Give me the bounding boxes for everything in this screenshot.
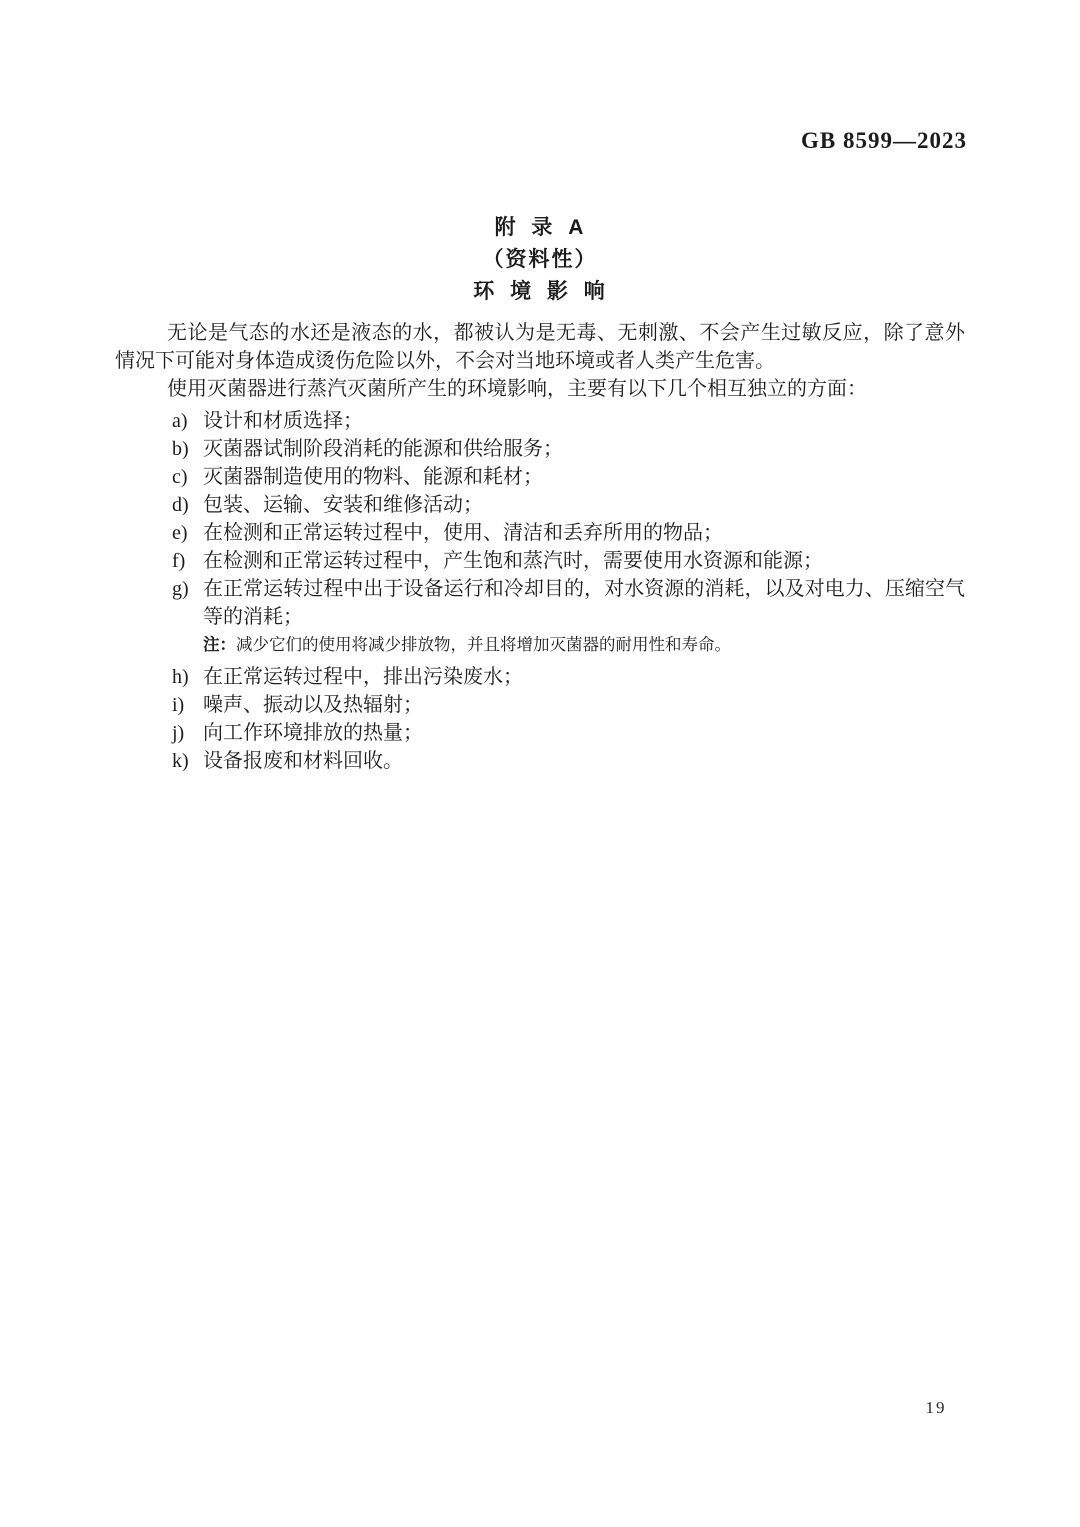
- list-item-label: h): [172, 663, 203, 691]
- appendix-title-block: 附 录 A （资料性） 环 境 影 响: [0, 212, 1080, 308]
- note-label: 注：: [203, 636, 236, 654]
- list-item: e) 在检测和正常运转过程中，使用、清洁和丢弃所用的物品；: [115, 519, 965, 547]
- list-item-label: f): [172, 547, 203, 575]
- list-item-text: 灭菌器制造使用的物料、能源和耗材；: [203, 463, 965, 491]
- list-item-text: 向工作环境排放的热量；: [203, 719, 965, 747]
- intro-paragraph: 无论是气态的水还是液态的水，都被认为是无毒、无刺激、不会产生过敏反应，除了意外情…: [115, 319, 965, 375]
- list-item-text: 设计和材质选择；: [203, 407, 965, 435]
- note: 注：减少它们的使用将减少排放物，并且将增加灭菌器的耐用性和寿命。: [203, 633, 965, 657]
- note-text: 减少它们的使用将减少排放物，并且将增加灭菌器的耐用性和寿命。: [236, 635, 731, 654]
- appendix-heading: 环 境 影 响: [0, 276, 1080, 308]
- list-item-label: j): [172, 719, 203, 747]
- list-item-text: 在检测和正常运转过程中，使用、清洁和丢弃所用的物品；: [203, 519, 965, 547]
- list-item-text: 灭菌器试制阶段消耗的能源和供给服务；: [203, 435, 965, 463]
- list-item: a) 设计和材质选择；: [115, 407, 965, 435]
- list-item: d) 包装、运输、安装和维修活动；: [115, 491, 965, 519]
- list-item: f) 在检测和正常运转过程中，产生饱和蒸汽时，需要使用水资源和能源；: [115, 547, 965, 575]
- list-item-text: 噪声、振动以及热辐射；: [203, 691, 965, 719]
- list-item: i) 噪声、振动以及热辐射；: [115, 691, 965, 719]
- list-item-text: 在正常运转过程中出于设备运行和冷却目的，对水资源的消耗，以及对电力、压缩空气等的…: [203, 575, 965, 631]
- list-item-label: b): [172, 435, 203, 463]
- list-item: h) 在正常运转过程中，排出污染废水；: [115, 663, 965, 691]
- list-item-text: 在正常运转过程中，排出污染废水；: [203, 663, 965, 691]
- list-item-text: 在检测和正常运转过程中，产生饱和蒸汽时，需要使用水资源和能源；: [203, 547, 965, 575]
- list-item: j) 向工作环境排放的热量；: [115, 719, 965, 747]
- list-item-label: e): [172, 519, 203, 547]
- body-content: 无论是气态的水还是液态的水，都被认为是无毒、无刺激、不会产生过敏反应，除了意外情…: [115, 319, 965, 775]
- standard-number: GB 8599—2023: [801, 128, 967, 154]
- list-item-label: k): [172, 747, 203, 775]
- appendix-classification: （资料性）: [0, 244, 1080, 276]
- list-item-label: i): [172, 691, 203, 719]
- list-item: g) 在正常运转过程中出于设备运行和冷却目的，对水资源的消耗，以及对电力、压缩空…: [115, 575, 965, 631]
- list-item-label: d): [172, 491, 203, 519]
- environmental-impact-list: a) 设计和材质选择； b) 灭菌器试制阶段消耗的能源和供给服务； c) 灭菌器…: [115, 407, 965, 775]
- list-item-label: c): [172, 463, 203, 491]
- list-item: c) 灭菌器制造使用的物料、能源和耗材；: [115, 463, 965, 491]
- page-number: 19: [918, 1398, 954, 1418]
- list-item-label: g): [172, 575, 203, 603]
- list-item: b) 灭菌器试制阶段消耗的能源和供给服务；: [115, 435, 965, 463]
- list-item-text: 包装、运输、安装和维修活动；: [203, 491, 965, 519]
- list-item-label: a): [172, 407, 203, 435]
- document-page: GB 8599—2023 附 录 A （资料性） 环 境 影 响 无论是气态的水…: [0, 0, 1080, 1527]
- list-item-text: 设备报废和材料回收。: [203, 747, 965, 775]
- lead-in-paragraph: 使用灭菌器进行蒸汽灭菌所产生的环境影响，主要有以下几个相互独立的方面：: [115, 375, 965, 403]
- appendix-title: 附 录 A: [0, 212, 1080, 244]
- list-item: k) 设备报废和材料回收。: [115, 747, 965, 775]
